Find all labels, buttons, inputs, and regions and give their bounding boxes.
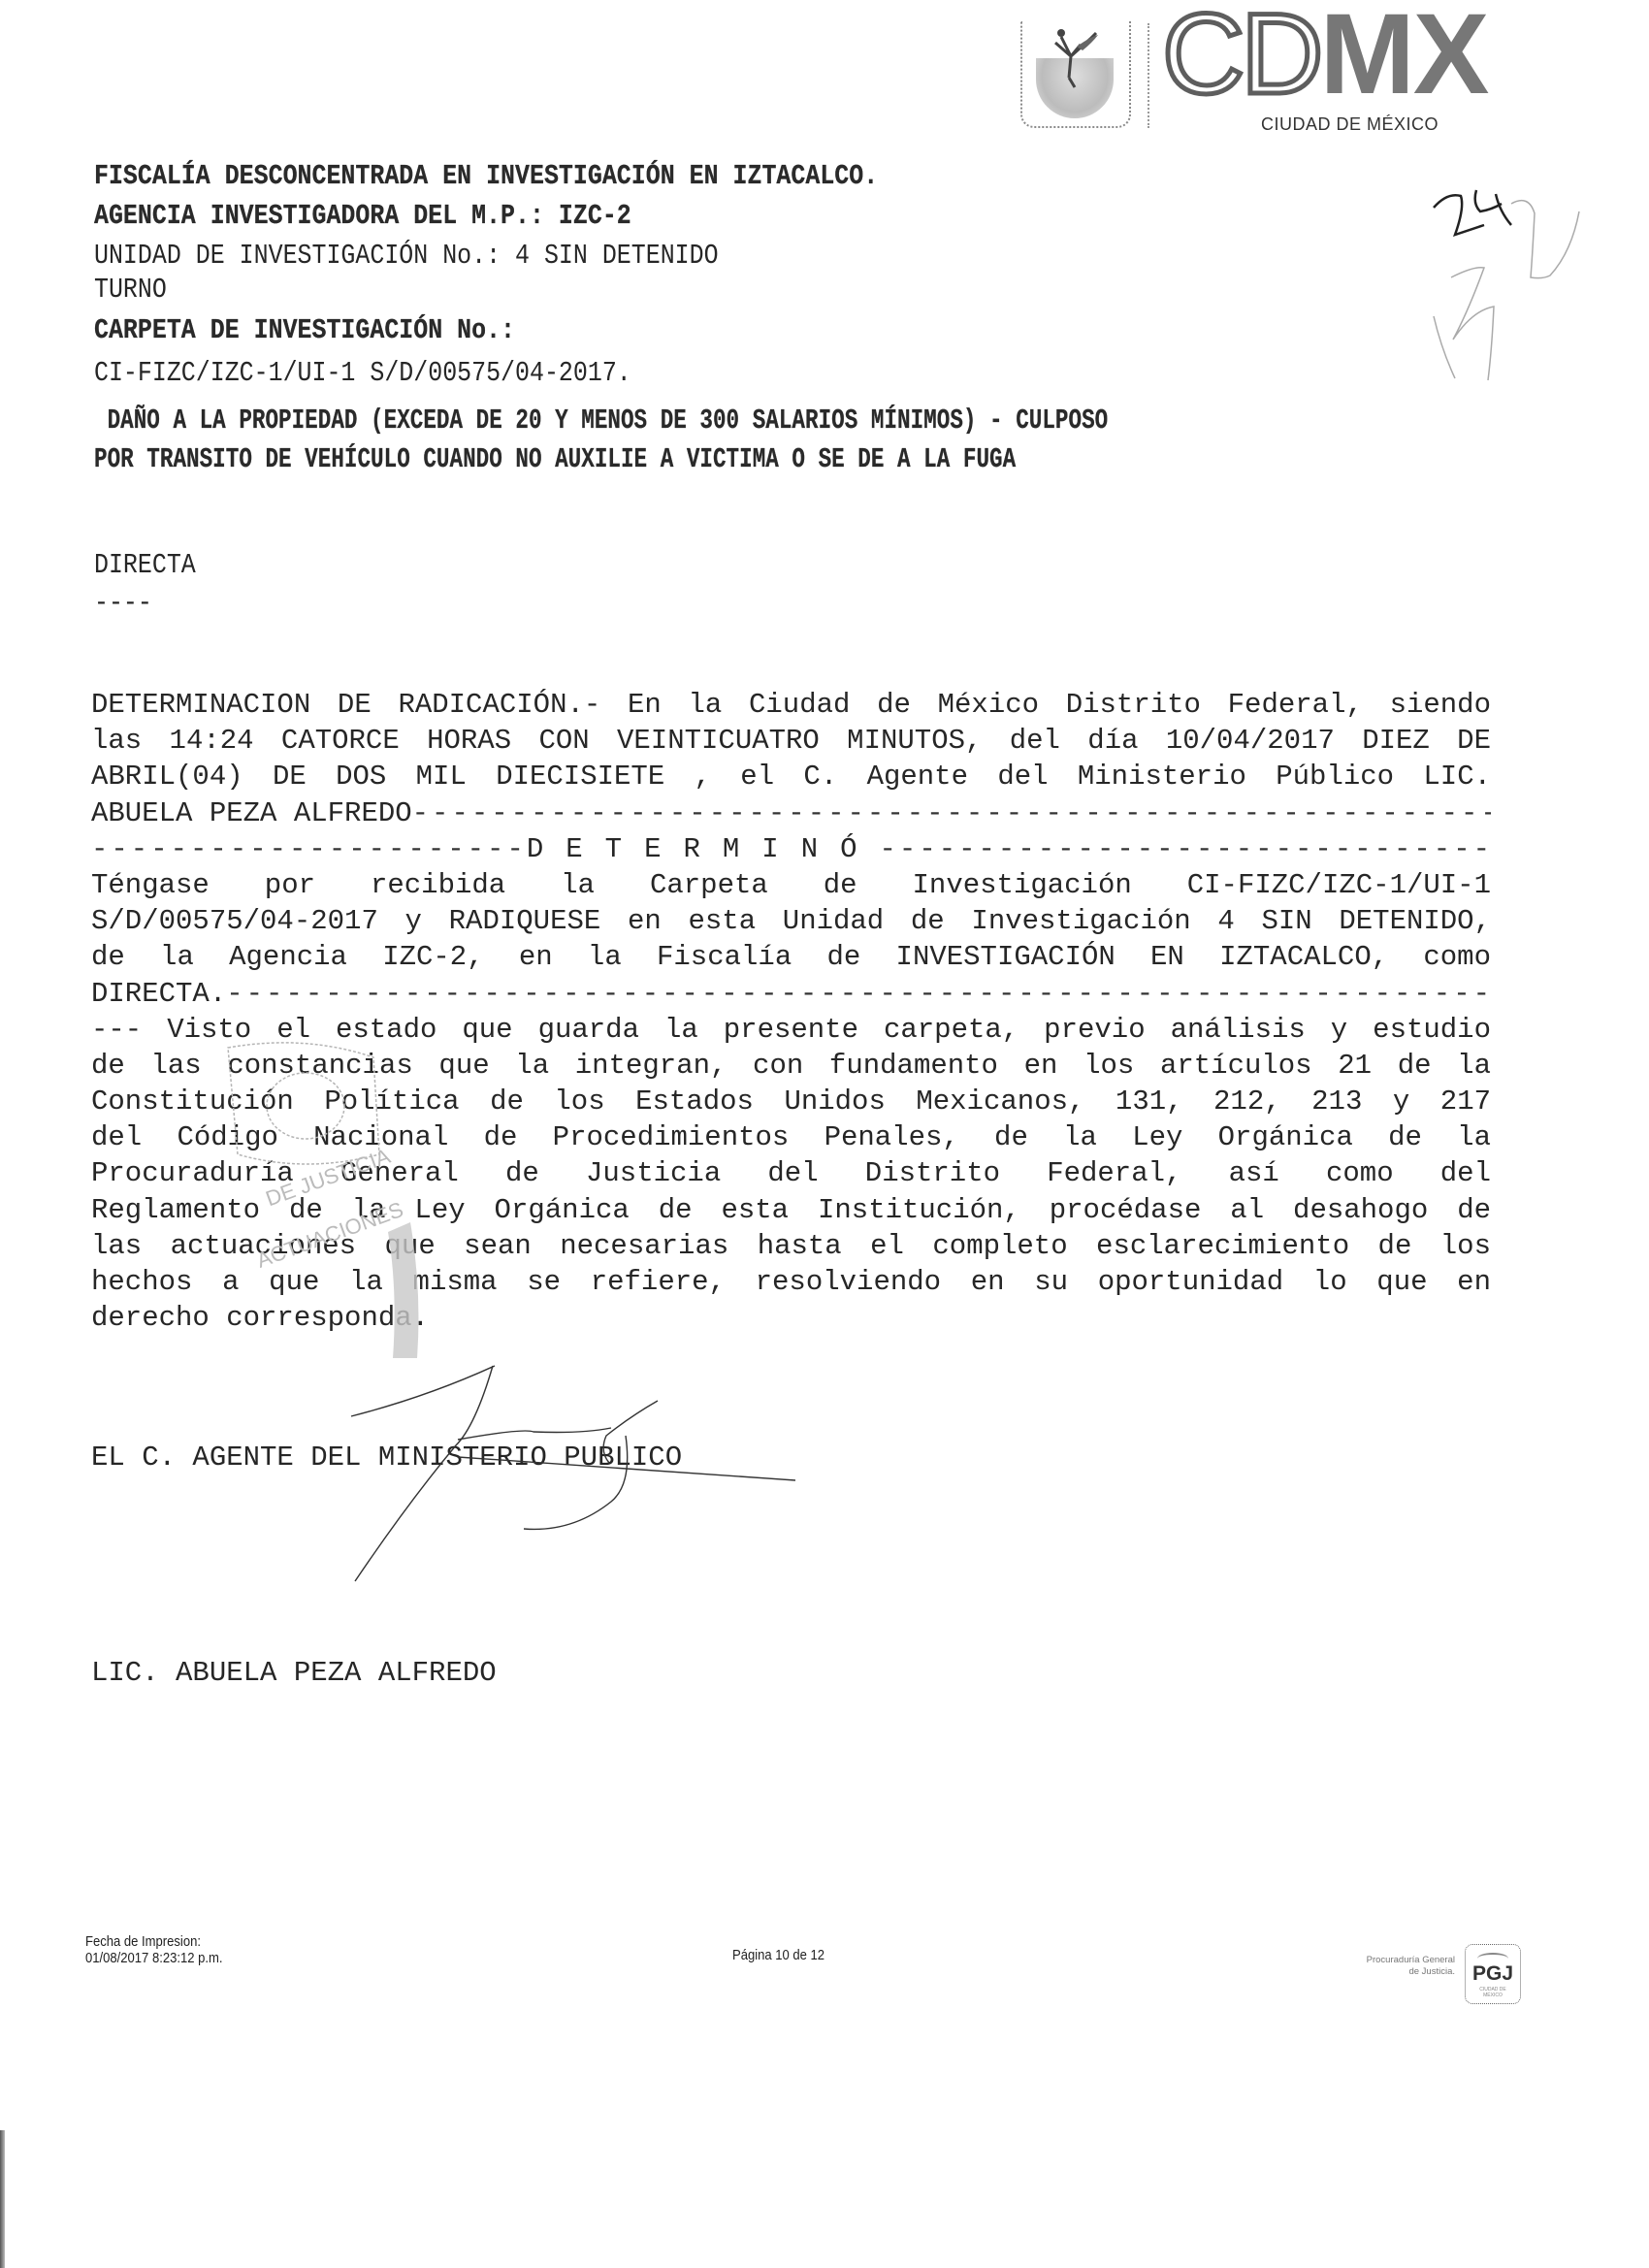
- print-date-label: Fecha de Impresion:: [85, 1934, 222, 1951]
- scan-edge-shadow: [0, 2130, 5, 2268]
- brand-subtitle: CIUDAD DE MÉXICO: [1261, 114, 1439, 135]
- agent-name: ABUELA PEZA ALFREDO: [91, 795, 412, 831]
- agent-name-line: ABUELA PEZA ALFREDO --------------------…: [91, 795, 1491, 831]
- case-type-label: DIRECTA: [94, 550, 196, 581]
- offense-line-1: DAÑO A LA PROPIEDAD (EXCEDA DE 20 Y MENO…: [94, 405, 1108, 437]
- cdmx-emblem-logo: [1020, 21, 1131, 128]
- dash-filler: ----------------------------------------…: [412, 795, 1491, 831]
- signature-name: LIC. ABUELA PEZA ALFREDO: [91, 1655, 682, 1691]
- visto-line-7: las actuaciones que sean necesarias hast…: [91, 1228, 1491, 1264]
- brand-thin-letters: CD: [1162, 6, 1319, 103]
- recibida-line-3: de la Agencia IZC-2, en la Fiscalía de I…: [91, 939, 1491, 975]
- recibida-line-1: Téngase por recibida la Carpeta de Inves…: [91, 867, 1491, 903]
- recibida-line-2: S/D/00575/04-2017 y RADIQUESE en esta Un…: [91, 903, 1491, 939]
- header-carpeta-label: CARPETA DE INVESTIGACIÓN No.:: [94, 315, 515, 346]
- header-carpeta-number: CI-FIZC/IZC-1/UI-1 S/D/00575/04-2017.: [94, 358, 631, 389]
- visto-line-1: --- Visto el estado que guarda la presen…: [91, 1012, 1491, 1048]
- header-fiscalia: FISCALÍA DESCONCENTRADA EN INVESTIGACIÓN…: [94, 161, 878, 192]
- header-unidad: UNIDAD DE INVESTIGACIÓN No.: 4 SIN DETEN…: [94, 241, 719, 272]
- radicacion-line-2: las 14:24 CATORCE HORAS CON VEINTICUATRO…: [91, 723, 1491, 759]
- cdmx-wordmark: CDMX: [1162, 6, 1487, 103]
- directa-label: DIRECTA.: [91, 976, 226, 1012]
- page-number: Página 10 de 12: [732, 1948, 824, 1963]
- visto-line-6: Reglamento de la Ley Orgánica de esta In…: [91, 1192, 1491, 1228]
- radicacion-line-3: ABRIL(04) DE DOS MIL DIECISIETE , el C. …: [91, 759, 1491, 794]
- directa-line: DIRECTA. -------------------------------…: [91, 976, 1491, 1012]
- institution-line-2: de Justicia.: [1346, 1966, 1455, 1978]
- determino-lead-dashes: ----------------------: [91, 831, 527, 867]
- signature-block: EL C. AGENTE DEL MINISTERIO PUBLICO LIC.…: [91, 1368, 682, 1727]
- radicacion-line-1: DETERMINACION DE RADICACIÓN.- En la Ciud…: [91, 687, 1491, 723]
- logo-divider: [1148, 23, 1149, 128]
- visto-line-5: Procuraduría General de Justicia del Dis…: [91, 1155, 1491, 1191]
- angel-independence-icon: [1048, 27, 1102, 95]
- brand-bold-letters: MX: [1319, 6, 1487, 103]
- determino-heading: DETERMINÓ: [527, 831, 880, 867]
- pgj-logo-text: PGJ: [1466, 1962, 1520, 1986]
- visto-line-8: hechos a que la misma se refiere, resolv…: [91, 1264, 1491, 1300]
- dash-filler: ----------------------------------------…: [226, 976, 1491, 1012]
- pgj-logo-caption: CIUDAD DE MÉXICO: [1470, 1987, 1516, 1998]
- visto-line-last: derecho corresponda.: [91, 1300, 1491, 1336]
- header-turno: TURNO: [94, 275, 167, 306]
- header-agencia: AGENCIA INVESTIGADORA DEL M.P.: IZC-2: [94, 201, 631, 232]
- case-type-underline: ----: [94, 588, 152, 619]
- visto-line-2: de las constancias que la integran, con …: [91, 1048, 1491, 1084]
- print-date: Fecha de Impresion: 01/08/2017 8:23:12 p…: [85, 1934, 222, 1967]
- offense-line-2: POR TRANSITO DE VEHÍCULO CUANDO NO AUXIL…: [94, 444, 1016, 475]
- visto-line-3: Constitución Política de los Estados Uni…: [91, 1084, 1491, 1119]
- determino-line: ---------------------- DETERMINÓ -------…: [91, 831, 1491, 867]
- institution-name: Procuraduría General de Justicia.: [1346, 1955, 1455, 1978]
- visto-line-4: del Código Nacional de Procedimientos Pe…: [91, 1119, 1491, 1155]
- handwritten-folio-annotation: [1387, 165, 1600, 398]
- pgj-logo: PGJ CIUDAD DE MÉXICO: [1465, 1944, 1521, 2004]
- dash-filler: ----------------------------------------…: [880, 831, 1491, 867]
- institution-line-1: Procuraduría General: [1346, 1955, 1455, 1966]
- determination-body: DETERMINACION DE RADICACIÓN.- En la Ciud…: [91, 687, 1491, 1336]
- signature-title: EL C. AGENTE DEL MINISTERIO PUBLICO: [91, 1440, 682, 1475]
- print-date-value: 01/08/2017 8:23:12 p.m.: [85, 1951, 222, 1967]
